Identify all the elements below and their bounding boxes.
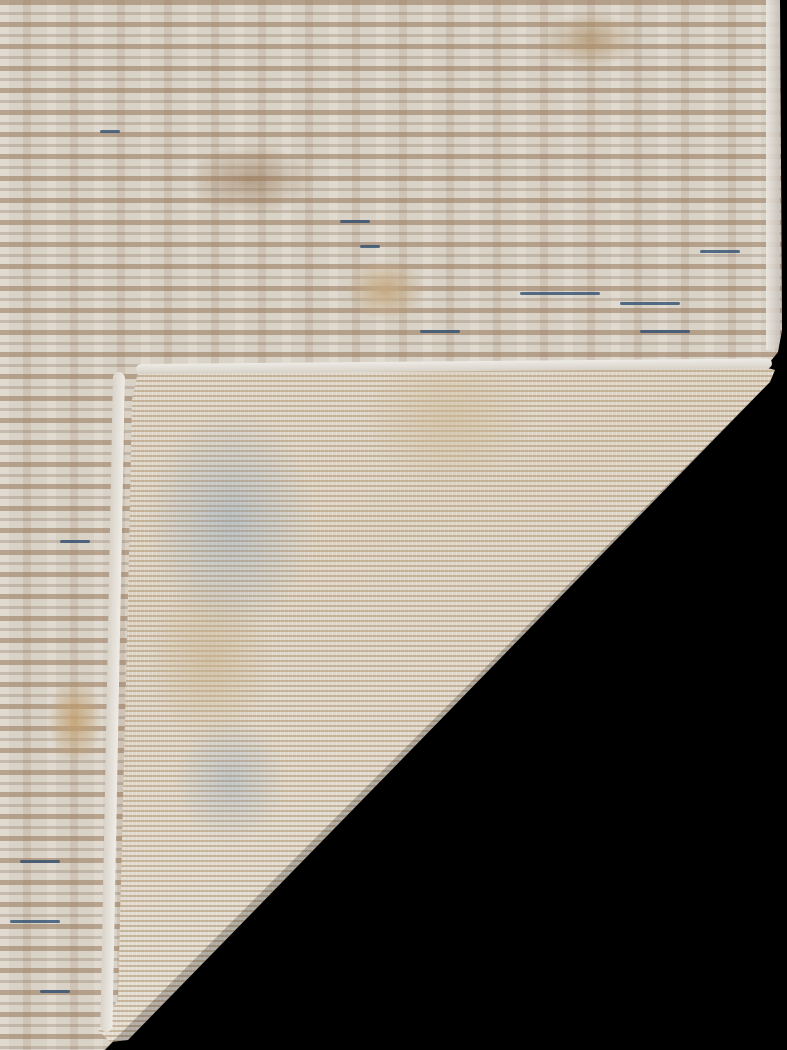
blue-fleck [360, 245, 380, 248]
blue-fleck [60, 540, 90, 543]
blue-fleck [700, 250, 740, 253]
blue-fleck [10, 920, 60, 923]
blue-fleck [340, 220, 370, 223]
blue-fleck [520, 292, 600, 295]
product-photo [0, 0, 787, 1050]
blue-fleck [420, 330, 460, 333]
blue-fleck [620, 302, 680, 305]
blue-fleck [20, 860, 60, 863]
rug-binding-edge [766, 0, 780, 350]
blue-fleck [640, 330, 690, 333]
blue-fleck [40, 990, 70, 993]
blue-fleck [100, 130, 120, 133]
